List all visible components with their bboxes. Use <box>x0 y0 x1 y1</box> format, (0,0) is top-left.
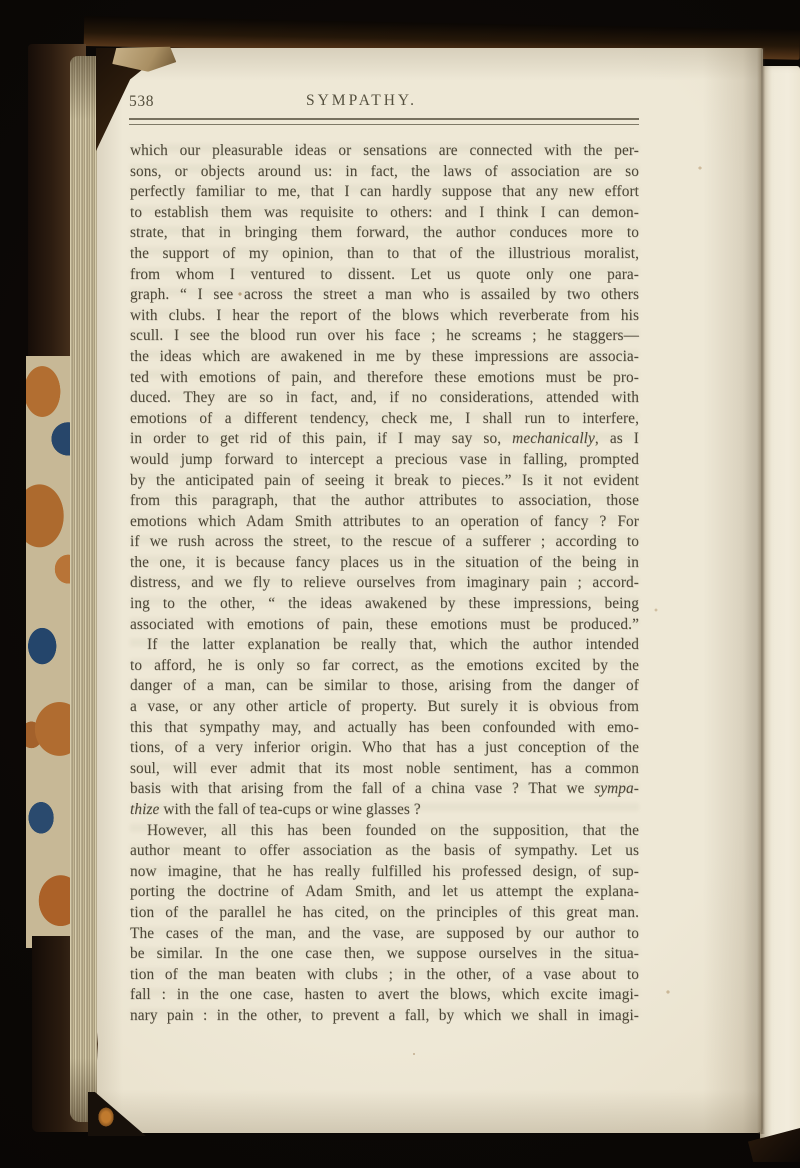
text-line: distress, and we fly to relieve ourselve… <box>130 573 639 594</box>
text-line: by the anticipated pain of seeing it bre… <box>130 471 639 492</box>
text-segment: porting the doctrine of Adam Smith, and … <box>130 883 639 900</box>
text-segment: with clubs. I hear the report of the blo… <box>130 307 639 324</box>
text-segment: from whom I ventured to dissent. Let us … <box>130 266 639 283</box>
text-line: soul, will ever admit that its most nobl… <box>130 759 639 780</box>
text-line: ing to the other, “ the ideas awakened b… <box>130 594 639 615</box>
text-segment: tions, of a very inferior origin. Who th… <box>130 739 639 756</box>
text-line: tion of the man beaten with clubs ; in t… <box>130 965 639 986</box>
text-segment: If the latter explanation be really that… <box>147 636 639 653</box>
text-line: emotions of a different tendency, check … <box>130 409 639 430</box>
text-line: If the latter explanation be really that… <box>130 635 639 656</box>
text-segment: duced. They are so in fact, and, if no c… <box>130 389 639 406</box>
text-line: which our pleasurable ideas or sensation… <box>130 141 639 162</box>
text-segment: a vase, or any other article of property… <box>130 698 639 715</box>
text-line: be similar. In the one case then, we sup… <box>130 944 639 965</box>
text-line: fall : in the one case, hasten to avert … <box>130 985 639 1006</box>
text-line: strate, that in bringing them forward, t… <box>130 223 639 244</box>
text-line: associated with emotions of pain, these … <box>130 615 639 636</box>
text-line: ted with emotions of pain, and therefore… <box>130 368 639 389</box>
text-line: thize with the fall of tea-cups or wine … <box>130 800 639 821</box>
italic-text-segment: sympa- <box>594 780 639 797</box>
text-line: from whom I ventured to dissent. Let us … <box>130 265 639 286</box>
text-segment: soul, will ever admit that its most nobl… <box>130 760 639 777</box>
text-line: The cases of the man, and the vase, are … <box>130 924 639 945</box>
facing-page-edge <box>760 66 800 1144</box>
body-text: which our pleasurable ideas or sensation… <box>130 141 639 1027</box>
text-segment: The cases of the man, and the vase, are … <box>130 925 639 942</box>
text-segment: from this paragraph, that the author att… <box>130 492 639 509</box>
text-segment: perfectly familiar to me, that I can har… <box>130 183 639 200</box>
text-segment: , as I <box>595 430 639 447</box>
text-line: would jump forward to intercept a precio… <box>130 450 639 471</box>
book-page: 538 SYMPATHY. which our pleasurable idea… <box>96 48 763 1133</box>
orange-cover-fleck <box>97 1106 115 1128</box>
page-edges-stack <box>70 56 97 1122</box>
text-segment: associated with emotions of pain, these … <box>130 616 639 633</box>
italic-text-segment: mechanically <box>512 430 595 447</box>
running-title: SYMPATHY. <box>107 92 616 110</box>
text-line: in order to get rid of this pain, if I m… <box>130 429 639 450</box>
text-segment: emotions of a different tendency, check … <box>130 410 639 427</box>
text-line: if we rush across the street, to the res… <box>130 532 639 553</box>
text-line: the one, it is because fancy places us i… <box>130 553 639 574</box>
text-segment: tion of the parallel he has cited, on th… <box>130 904 639 921</box>
gutter-fold-shadow <box>757 48 765 1134</box>
text-line: sons, or objects around us: in fact, the… <box>130 162 639 183</box>
text-line: this that sympathy may, and actually has… <box>130 718 639 739</box>
text-segment: distress, and we fly to relieve ourselve… <box>130 574 639 591</box>
text-segment: ted with emotions of pain, and therefore… <box>130 369 639 386</box>
text-line: the ideas which are awakened in me by th… <box>130 347 639 368</box>
text-segment: with the fall of tea-cups or wine glasse… <box>159 801 420 818</box>
text-segment: to afford, he is only so far correct, as… <box>130 657 639 674</box>
text-segment: which our pleasurable ideas or sensation… <box>130 142 639 159</box>
text-line: nary pain : in the other, to prevent a f… <box>130 1006 639 1027</box>
text-segment: fall : in the one case, hasten to avert … <box>130 986 639 1003</box>
text-segment: the ideas which are awakened in me by th… <box>130 348 639 365</box>
text-line: porting the doctrine of Adam Smith, and … <box>130 882 639 903</box>
text-line: tion of the parallel he has cited, on th… <box>130 903 639 924</box>
text-segment: However, all this has been founded on th… <box>147 822 639 839</box>
text-segment: the one, it is because fancy places us i… <box>130 554 639 571</box>
text-segment: sons, or objects around us: in fact, the… <box>130 163 639 180</box>
text-line: emotions which Adam Smith attributes to … <box>130 512 639 533</box>
text-line: with clubs. I hear the report of the blo… <box>130 306 639 327</box>
text-line: now imagine, that he has really fulfille… <box>130 862 639 883</box>
text-segment: basis with that arising from the fall of… <box>130 780 594 797</box>
text-line: the support of my opinion, than to that … <box>130 244 639 265</box>
text-line: from this paragraph, that the author att… <box>130 491 639 512</box>
text-segment: ing to the other, “ the ideas awakened b… <box>130 595 639 612</box>
text-line: However, all this has been founded on th… <box>130 821 639 842</box>
text-segment: be similar. In the one case then, we sup… <box>130 945 639 962</box>
text-line: perfectly familiar to me, that I can har… <box>130 182 639 203</box>
text-segment: to establish them was requisite to other… <box>130 204 639 221</box>
text-segment: tion of the man beaten with clubs ; in t… <box>130 966 639 983</box>
text-line: to establish them was requisite to other… <box>130 203 639 224</box>
text-segment: now imagine, that he has really fulfille… <box>130 863 639 880</box>
text-line: duced. They are so in fact, and, if no c… <box>130 388 639 409</box>
text-line: danger of a man, can be similar to those… <box>130 676 639 697</box>
text-line: tions, of a very inferior origin. Who th… <box>130 738 639 759</box>
text-segment: in order to get rid of this pain, if I m… <box>130 430 512 447</box>
text-line: graph. “ I see across the street a man w… <box>130 285 639 306</box>
text-segment: would jump forward to intercept a precio… <box>130 451 639 468</box>
text-segment: by the anticipated pain of seeing it bre… <box>130 472 639 489</box>
text-segment: danger of a man, can be similar to those… <box>130 677 639 694</box>
text-segment: if we rush across the street, to the res… <box>130 533 639 550</box>
text-line: to afford, he is only so far correct, as… <box>130 656 639 677</box>
text-segment: this that sympathy may, and actually has… <box>130 719 639 736</box>
text-segment: author meant to offer association as the… <box>130 842 639 859</box>
text-segment: scull. I see the blood run over his face… <box>130 327 639 344</box>
text-line: scull. I see the blood run over his face… <box>130 326 639 347</box>
header-double-rule <box>129 118 639 125</box>
book-photo-scene: 538 SYMPATHY. which our pleasurable idea… <box>0 0 800 1168</box>
text-segment: strate, that in bringing them forward, t… <box>130 224 639 241</box>
italic-text-segment: thize <box>130 801 159 818</box>
text-line: a vase, or any other article of property… <box>130 697 639 718</box>
text-segment: emotions which Adam Smith attributes to … <box>130 513 639 530</box>
text-line: basis with that arising from the fall of… <box>130 779 639 800</box>
text-line: author meant to offer association as the… <box>130 841 639 862</box>
text-segment: nary pain : in the other, to prevent a f… <box>130 1007 639 1024</box>
text-segment: the support of my opinion, than to that … <box>130 245 639 262</box>
text-segment: graph. “ I see across the street a man w… <box>130 286 639 303</box>
